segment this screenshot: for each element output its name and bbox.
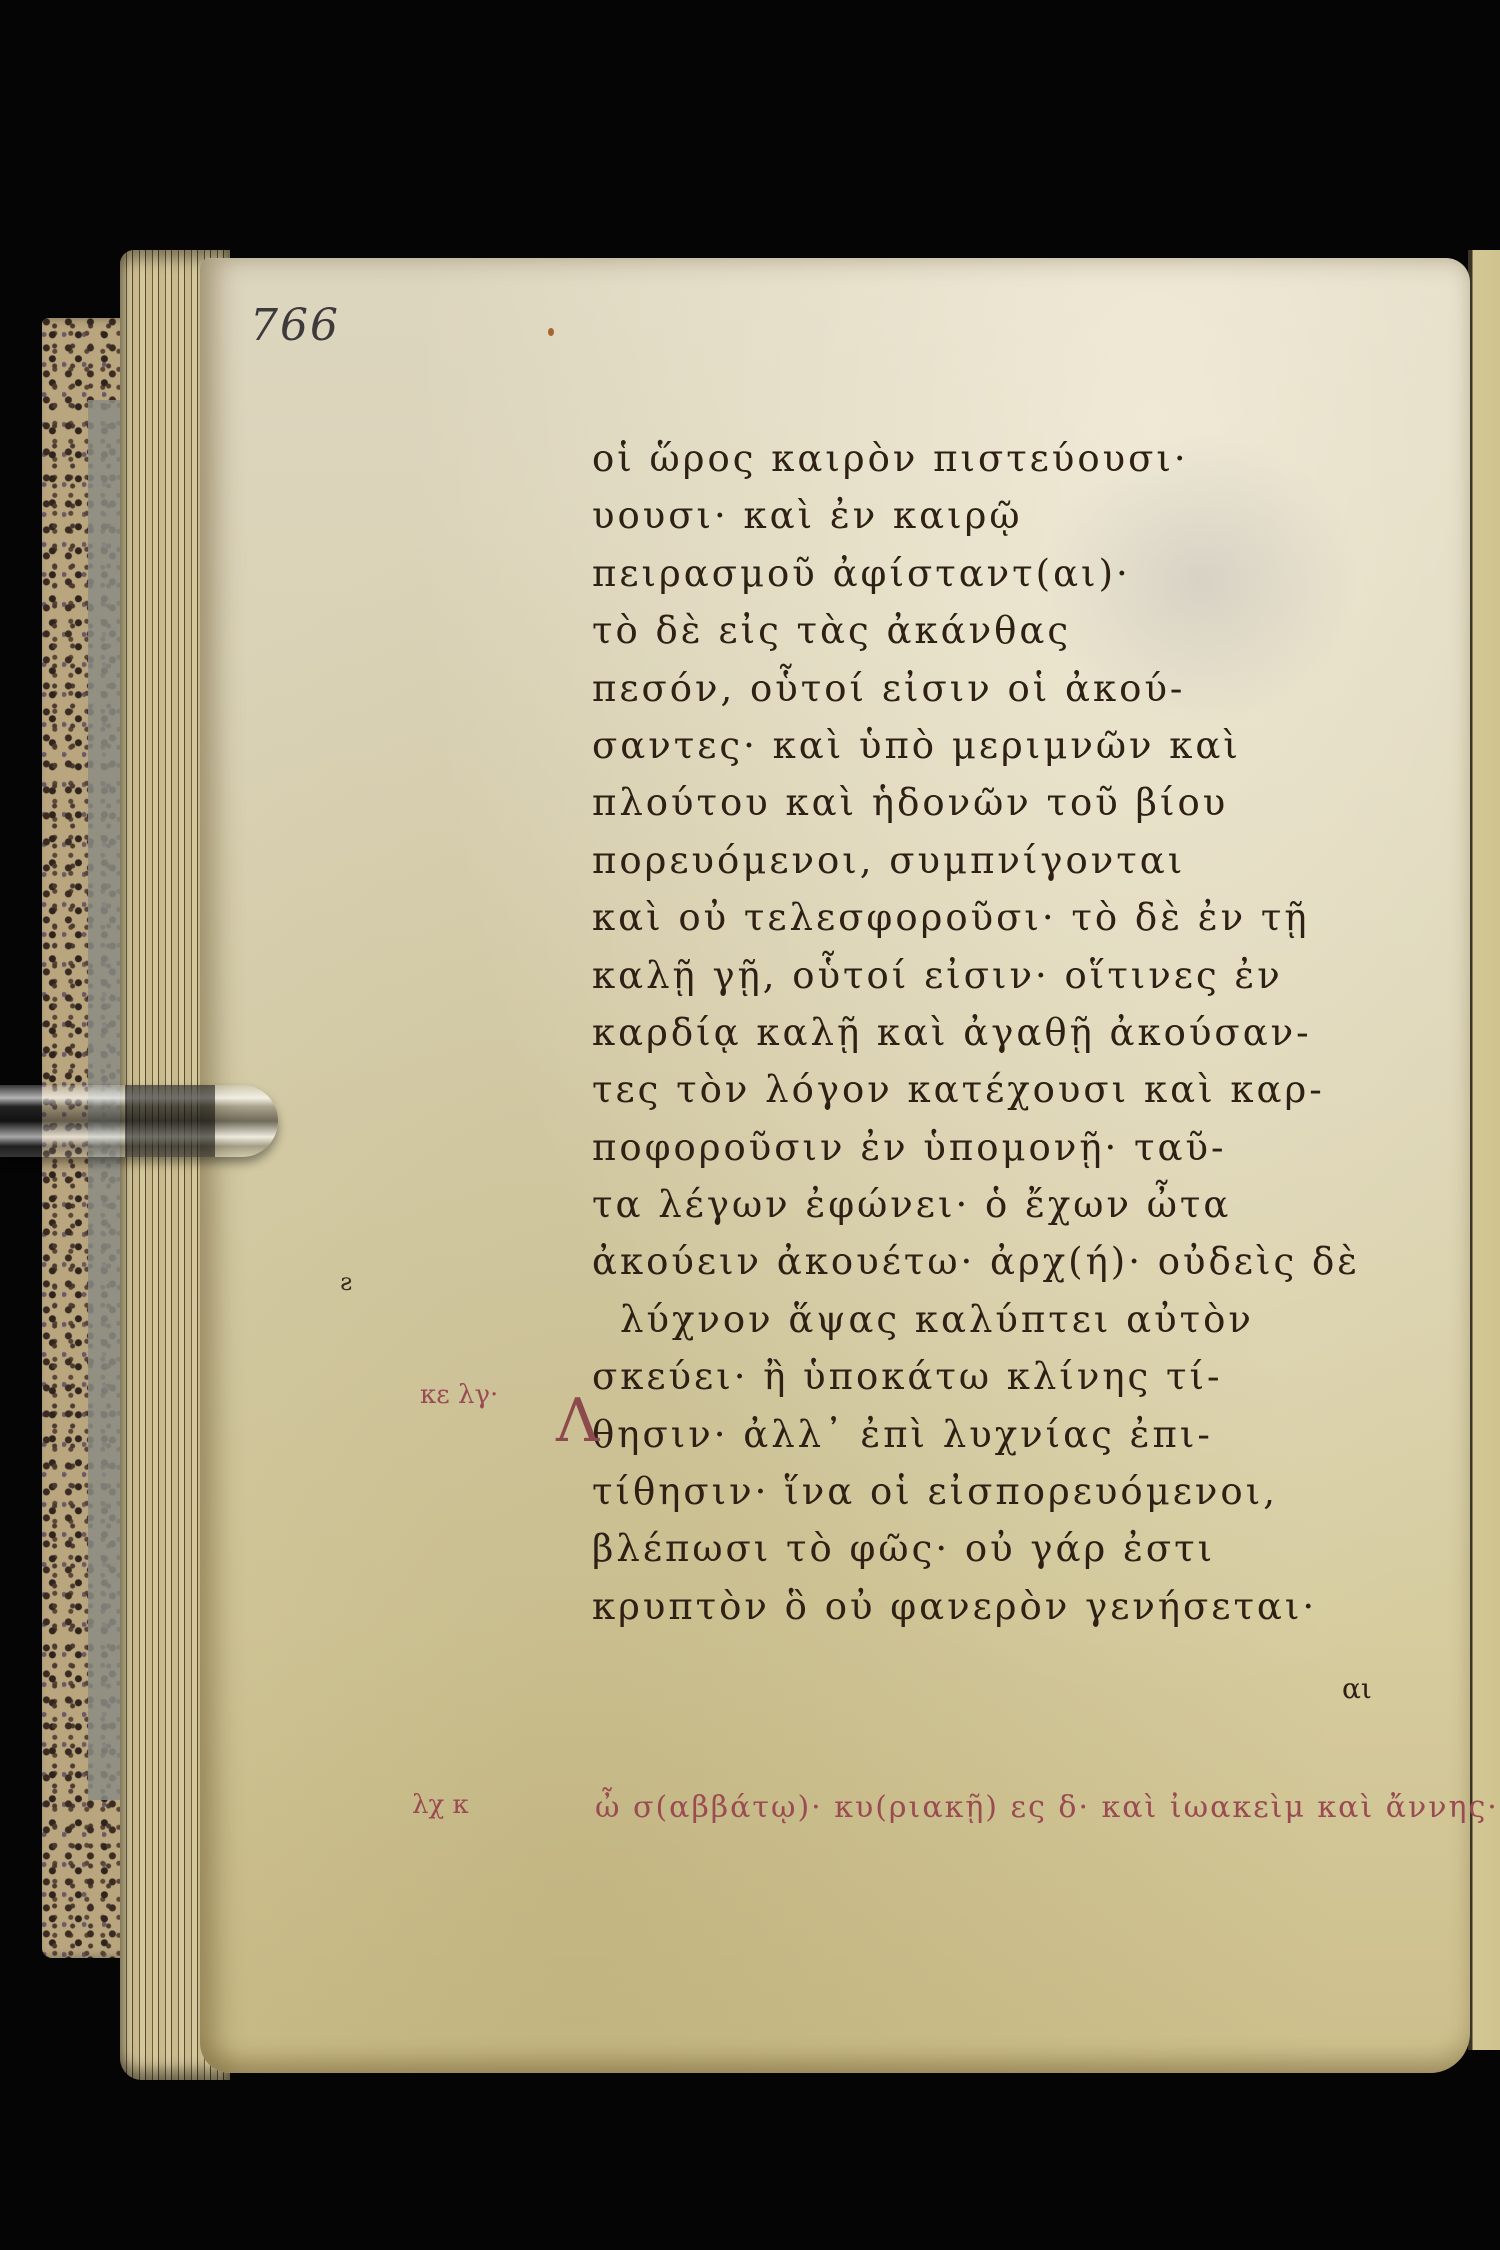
text-line: πλούτου καὶ ἡδονῶν τοῦ βίου xyxy=(592,774,1392,831)
text-line: τὸ δὲ εἰς τὰς ἀκάνθας xyxy=(592,602,1392,659)
text-line: καρδίᾳ καλῇ καὶ ἀγαθῇ ἀκούσαν- xyxy=(592,1004,1392,1061)
text-line: οἱ ὥρος καιρὸν πιστεύουσι· xyxy=(592,430,1392,487)
folio-number: 766 xyxy=(250,300,340,351)
red-initial-letter: Λ xyxy=(556,1386,599,1456)
text-line: τίθησιν· ἵνα οἱ εἰσπορευόμενοι, xyxy=(592,1463,1392,1520)
facing-page-edge xyxy=(1468,250,1500,2050)
margin-ink-mark: ƨ xyxy=(340,1268,352,1296)
text-line: τες τὸν λόγον κατέχουσι καὶ καρ- xyxy=(592,1061,1392,1118)
text-line: σκεύει· ἢ ὑποκάτω κλίνης τί- xyxy=(592,1348,1392,1405)
text-line: τα λέγων ἐφώνει· ὁ ἔχων ὦτα xyxy=(592,1176,1392,1233)
text-line: πειρασμοῦ ἀφίσταντ(αι)· xyxy=(592,545,1392,602)
text-line: κρυπτὸν ὃ οὐ φανερὸν γενήσεται· xyxy=(592,1578,1392,1635)
bottom-rubric-line: ὦ σ(αββάτῳ)· κυ(ριακῇ) ες δ· καὶ ἰωακεὶμ… xyxy=(595,1790,1500,1825)
ink-speck xyxy=(548,328,554,336)
glass-bar-shadow xyxy=(125,1085,215,1157)
text-line: υουσι· καὶ ἐν καιρῷ xyxy=(592,487,1392,544)
text-line: ποφοροῦσιν ἐν ὑπομονῇ· ταῦ- xyxy=(592,1119,1392,1176)
margin-note-section-number: κε λγ· xyxy=(420,1380,498,1410)
manuscript-photograph: 766 οἱ ὥρος καιρὸν πιστεύουσι· υουσι· κα… xyxy=(0,0,1500,2250)
text-line: πεσόν, οὗτοί εἰσιν οἱ ἀκού- xyxy=(592,660,1392,717)
text-line: πορευόμενοι, συμπνίγονται xyxy=(592,832,1392,889)
text-line: καὶ οὐ τελεσφοροῦσι· τὸ δὲ ἐν τῇ xyxy=(592,889,1392,946)
text-line: σαντες· καὶ ὑπὸ μεριμνῶν καὶ xyxy=(592,717,1392,774)
main-text-block: οἱ ὥρος καιρὸν πιστεύουσι· υουσι· καὶ ἐν… xyxy=(592,430,1392,1635)
margin-note-lection: λχ κ xyxy=(412,1790,469,1820)
text-line: ἀκούειν ἀκουέτω· ἀρχ(ή)· οὐδεὶς δὲ xyxy=(592,1233,1392,1290)
superscript-abbreviation: αι xyxy=(1342,1672,1372,1705)
text-line: λύχνον ἅψας καλύπτει αὐτὸν xyxy=(592,1291,1392,1348)
text-line: θησιν· ἀλλ᾽ ἐπὶ λυχνίας ἐπι- xyxy=(592,1406,1392,1463)
text-line: βλέπωσι τὸ φῶς· οὐ γάρ ἐστι xyxy=(592,1520,1392,1577)
text-line: καλῇ γῇ, οὗτοί εἰσιν· οἵτινες ἐν xyxy=(592,947,1392,1004)
